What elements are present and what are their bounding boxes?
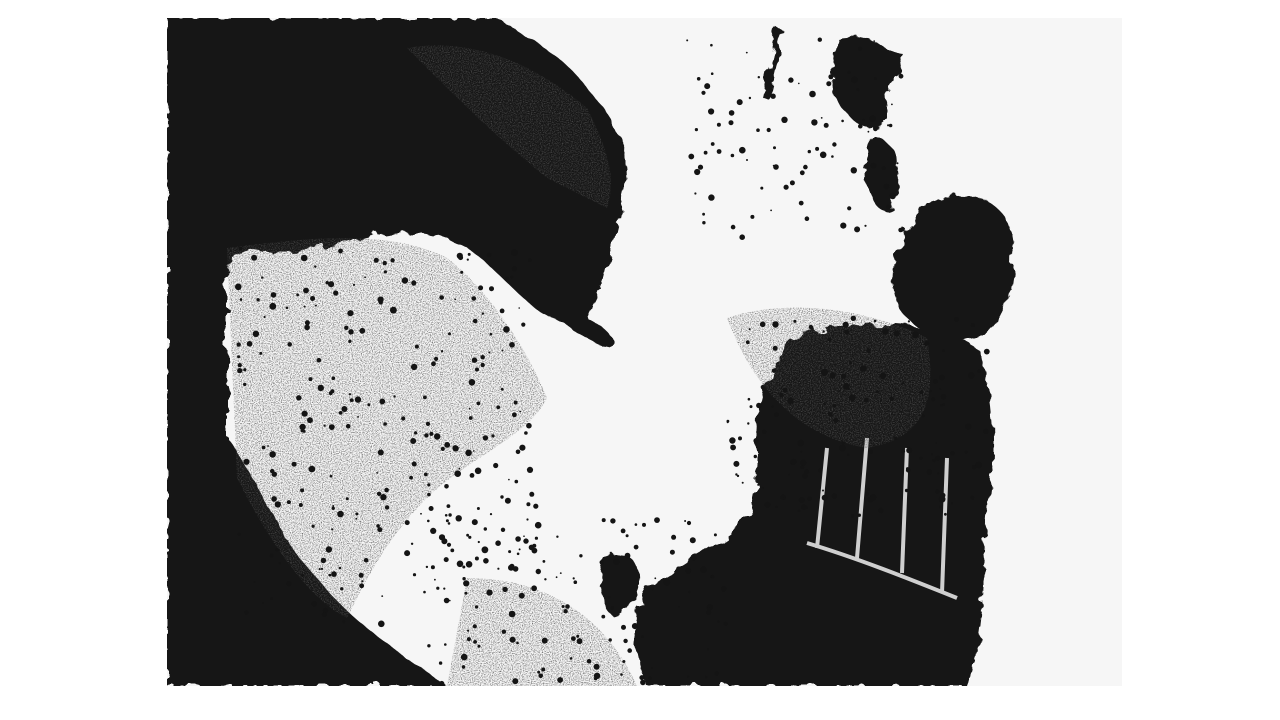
halftone-photograph (167, 18, 1122, 686)
page-canvas (0, 0, 1280, 720)
photograph-artwork (167, 18, 1122, 686)
